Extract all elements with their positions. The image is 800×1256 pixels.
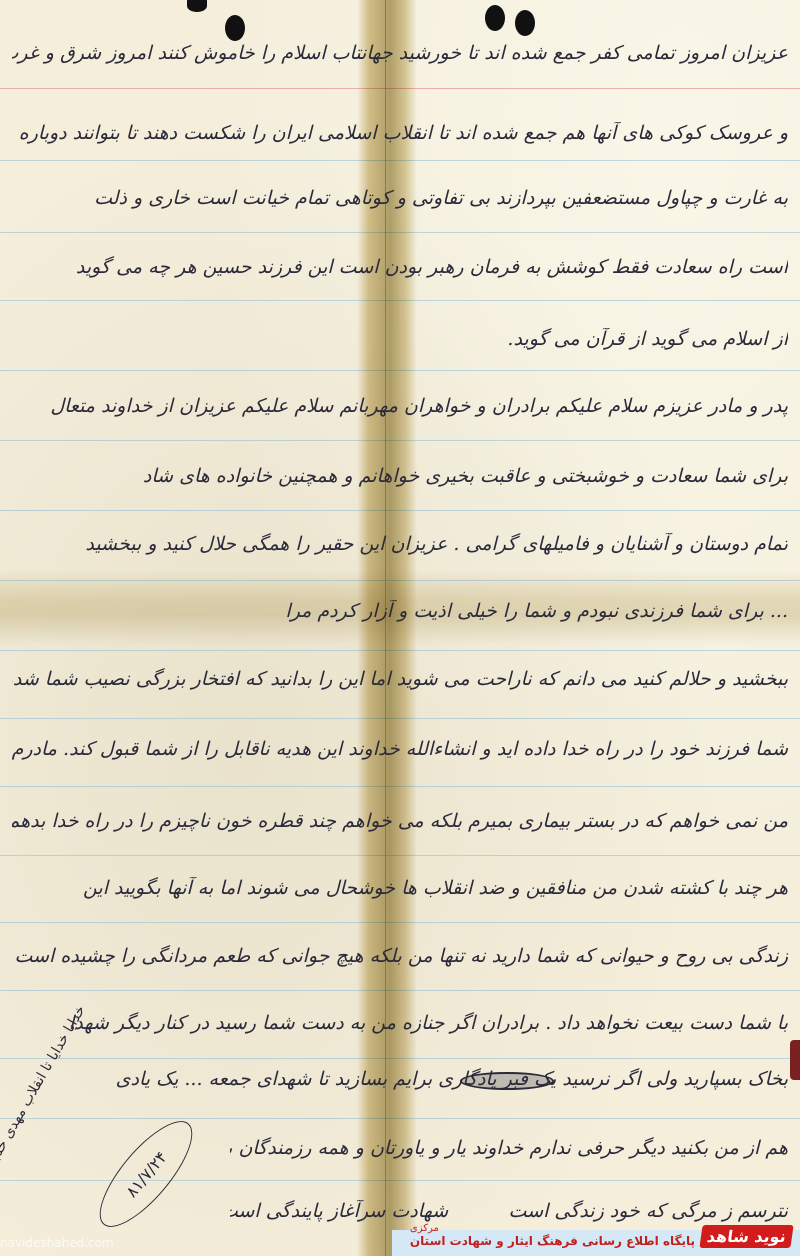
punch-hole bbox=[485, 5, 505, 31]
letter-line-8: تمام دوستان و آشنایان و فامیلهای گرامی .… bbox=[12, 533, 788, 555]
logo-mark: نوید شاهد bbox=[699, 1225, 793, 1248]
logo-text: مرکزی پایگاه اطلاع رسانی فرهنگ ایثار و ش… bbox=[410, 1223, 695, 1248]
letter-line-1: عزیزان امروز تمامی کفر جمع شده اند تا خو… bbox=[12, 42, 788, 64]
logo-subtitle: مرکزی bbox=[410, 1223, 439, 1234]
punch-hole bbox=[515, 10, 535, 36]
signature-date: ۸۱/۷/۲۴ bbox=[85, 1108, 207, 1240]
scanned-letter-page: عزیزان امروز تمامی کفر جمع شده اند تا خو… bbox=[0, 0, 800, 1256]
letter-line-11: شما فرزند خود را در راه خدا داده اید و ا… bbox=[12, 738, 788, 760]
letter-line-3: به غارت و چپاول مستضعفین بپردازند بی تفا… bbox=[12, 187, 788, 209]
letter-line-16: بخاک بسپارید ولی اگر نرسید یک قبر یادگار… bbox=[12, 1068, 788, 1090]
site-watermark: navideshahed.com bbox=[0, 1236, 114, 1250]
logo-title: پایگاه اطلاع رسانی فرهنگ ایثار و شهادت ا… bbox=[410, 1234, 695, 1248]
site-logo: نوید شاهد مرکزی پایگاه اطلاع رسانی فرهنگ… bbox=[410, 1210, 792, 1248]
date-text: ۸۱/۷/۲۴ bbox=[121, 1147, 170, 1200]
letter-line-15: با شما دست بیعت نخواهد داد . برادران اگر… bbox=[12, 1012, 788, 1034]
crossed-out-word bbox=[460, 1072, 554, 1090]
letter-line-14: زندگی بی روح و حیوانی که شما دارید نه تن… bbox=[12, 945, 788, 967]
letter-line-12: من نمی خواهم که در بستر بیماری بمیرم بلک… bbox=[12, 810, 788, 832]
letter-line-17: هم از من بکنید دیگر حرفی ندارم خداوند یا… bbox=[230, 1137, 788, 1159]
letter-line-2: و عروسک کوکی های آنها هم جمع شده اند تا … bbox=[12, 122, 788, 144]
letter-line-13: هر چند با کشته شدن من منافقین و ضد انقلا… bbox=[12, 877, 788, 899]
red-stain-edge bbox=[790, 1040, 800, 1080]
letter-line-9: ... برای شما فرزندی نبودم و شما را خیلی … bbox=[12, 600, 788, 622]
letter-line-7: برای شما سعادت و خوشبختی و عاقبت بخیری خ… bbox=[12, 465, 788, 487]
punch-hole bbox=[225, 15, 245, 41]
letter-line-4: است راه سعادت فقط کوشش به فرمان رهبر بود… bbox=[12, 256, 788, 278]
letter-line-6: پدر و مادر عزیزم سلام علیکم برادران و خو… bbox=[12, 395, 788, 417]
punch-hole bbox=[187, 0, 207, 12]
letter-line-10: ببخشید و حلالم کنید می دانم که ناراحت می… bbox=[12, 668, 788, 690]
letter-line-5: از اسلام می گوید از قرآن می گوید. bbox=[507, 328, 788, 350]
